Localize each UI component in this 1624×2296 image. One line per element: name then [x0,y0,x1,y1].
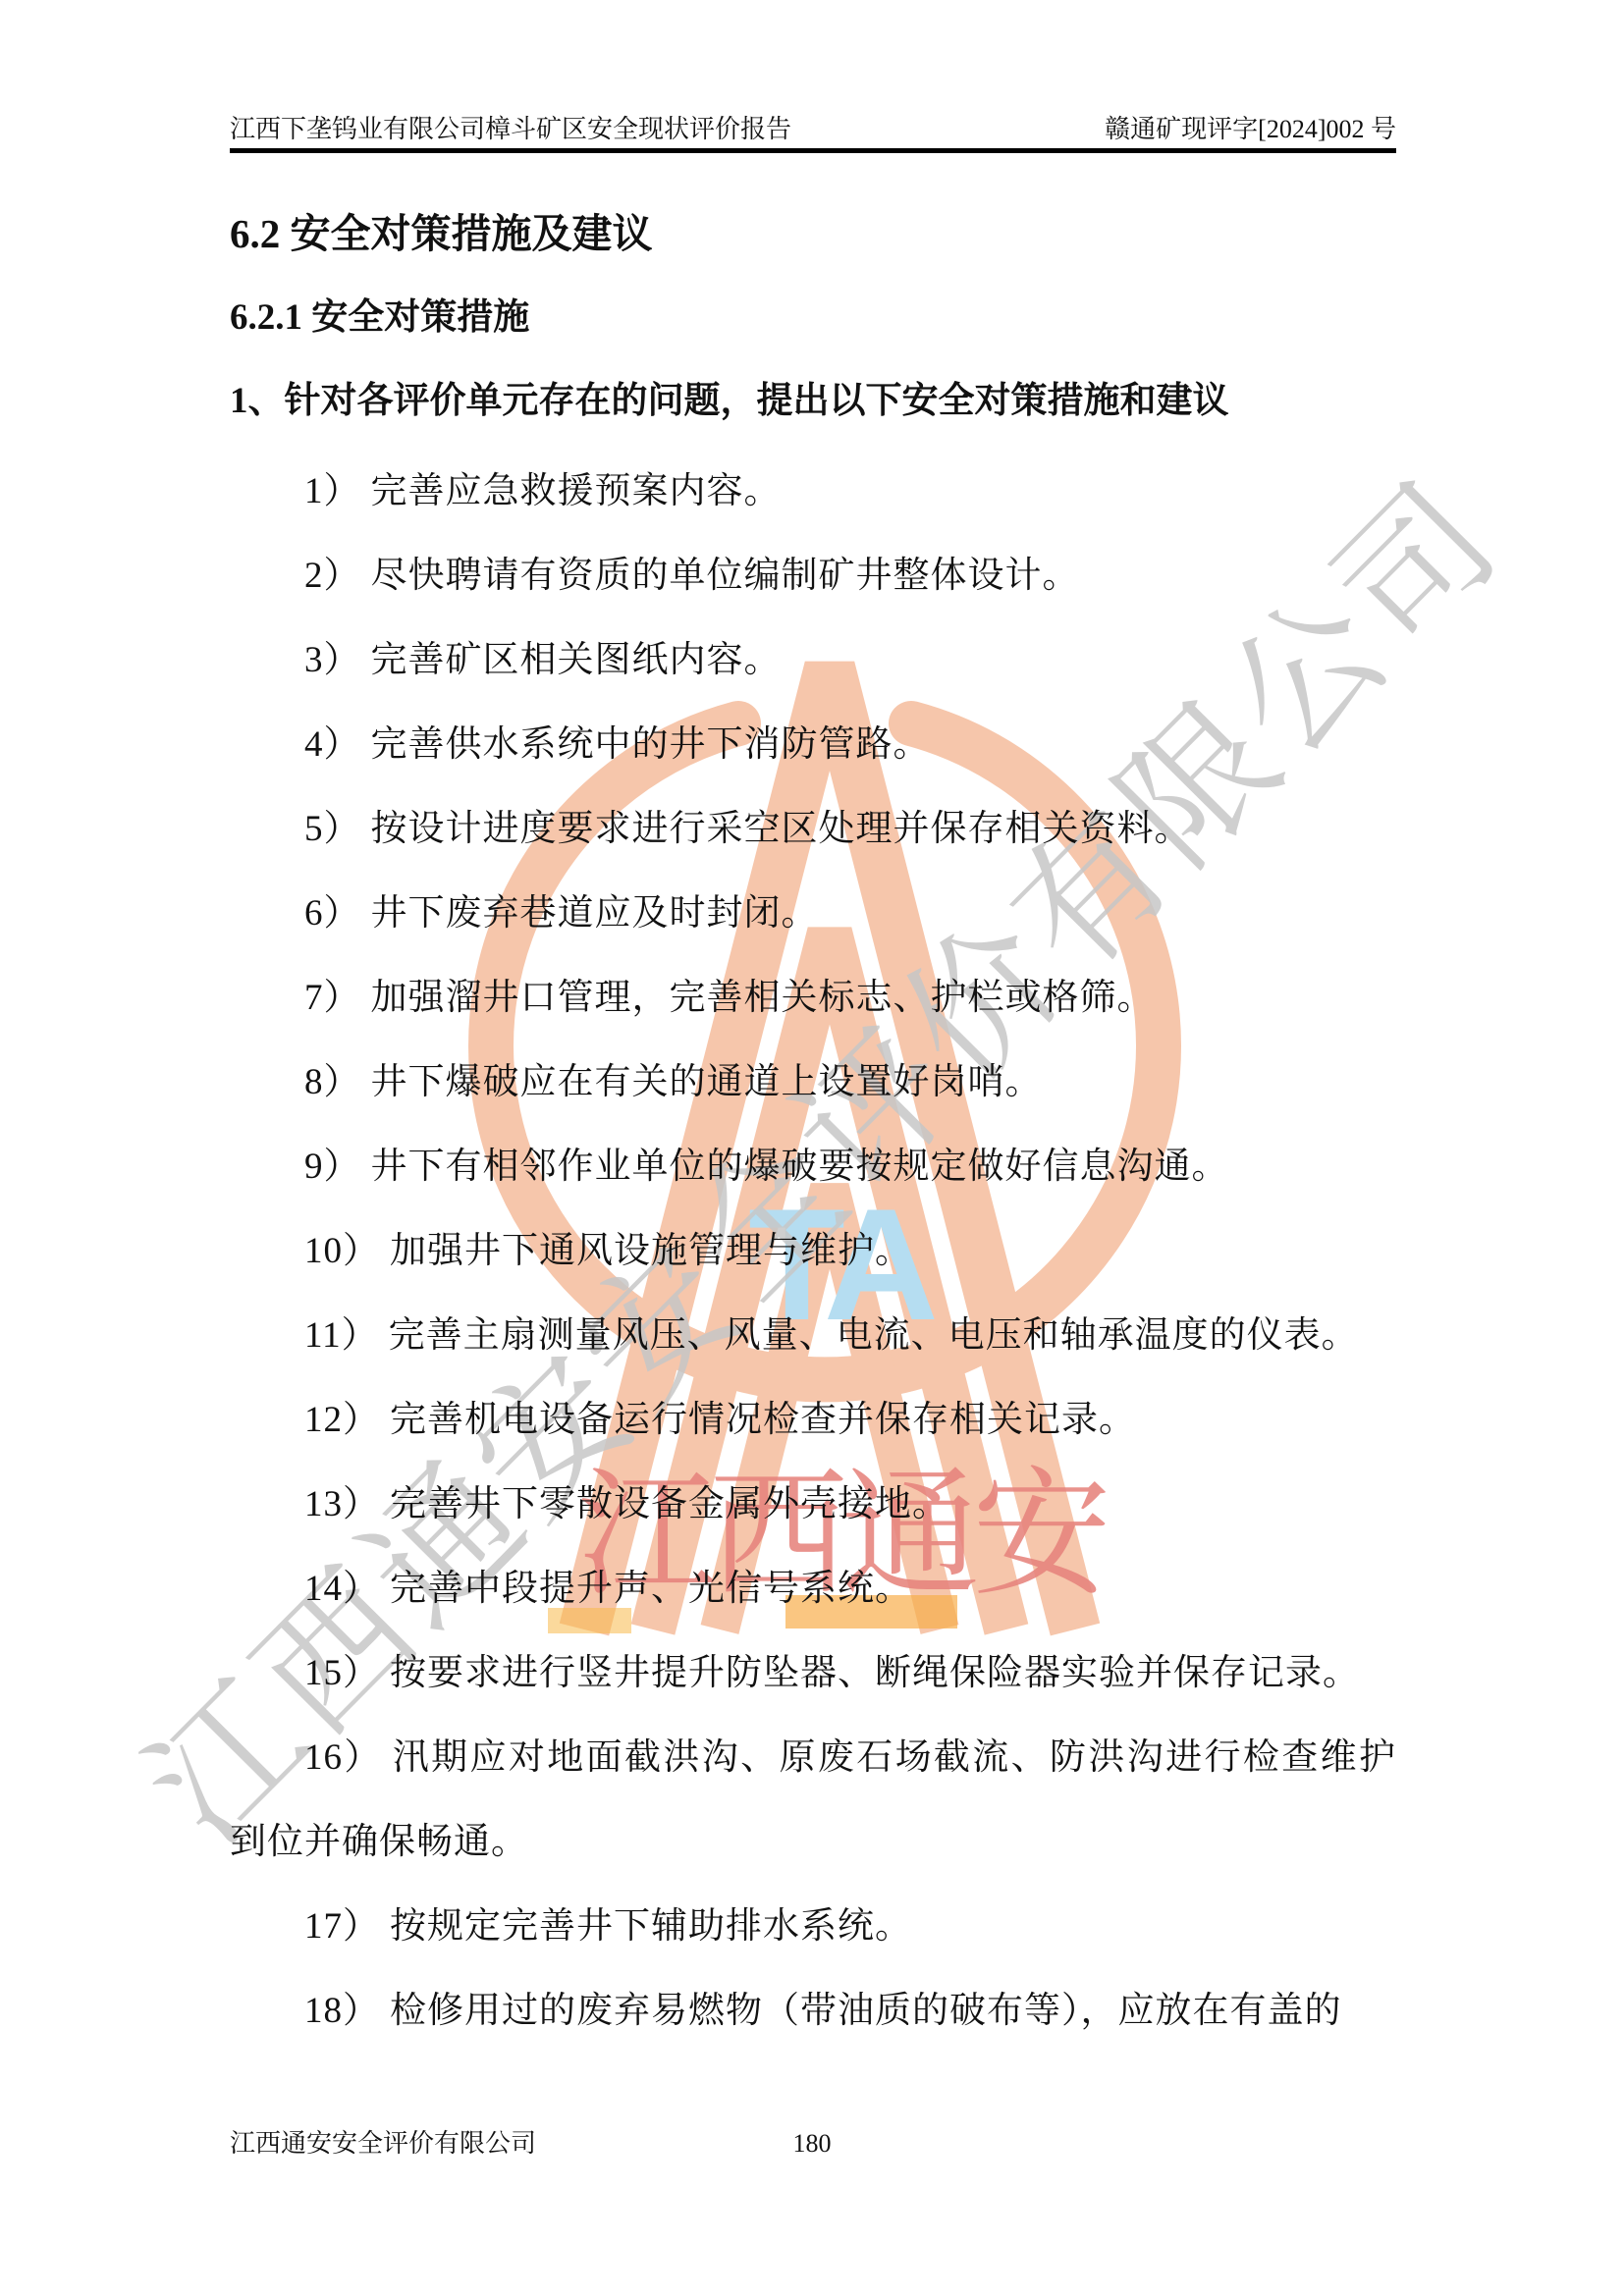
header-report-title: 江西下垄钨业有限公司樟斗矿区安全现状评价报告 [230,114,791,145]
list-item-number: 3） [304,640,361,680]
list-item-text: 井下爆破应在有关的通道上设置好岗哨。 [371,1062,1043,1102]
list-item-number: 5） [304,809,361,849]
list-item-text: 加强溜井口管理，完善相关标志、护栏或格筛。 [371,978,1155,1018]
list-item: 13）完善井下零散设备金属外壳接地。 [230,1463,1396,1547]
list-item-text: 按规定完善井下辅助排水系统。 [390,1906,912,1947]
list-item: 11）完善主扇测量风压、风量、电流、电压和轴承温度的仪表。 [230,1294,1396,1378]
list-item: 8）井下爆破应在有关的通道上设置好岗哨。 [230,1041,1396,1125]
list-item-number: 8） [304,1062,361,1102]
list-item-text: 按要求进行竖井提升防坠器、断绳保险器实验并保存记录。 [390,1653,1360,1693]
section-title: 6.2 安全对策措施及建议 [230,210,1396,257]
list-item-number: 18） [304,1991,380,2031]
measures-list: 1）完善应急救援预案内容。 2）尽快聘请有资质的单位编制矿井整体设计。 3）完善… [230,450,1396,2054]
list-item-number: 14） [304,1569,380,1609]
list-item-text: 完善矿区相关图纸内容。 [371,640,782,680]
list-item-number: 9） [304,1147,361,1187]
list-item: 3）完善矿区相关图纸内容。 [230,618,1396,703]
list-item: 15）按要求进行竖井提升防坠器、断绳保险器实验并保存记录。 [230,1631,1396,1716]
list-item-number: 2） [304,556,361,596]
list-item-number: 4） [304,724,361,765]
list-item-text: 检修用过的废弃易燃物（带油质的破布等），应放在有盖的 [390,1991,1342,2031]
list-item-text: 按设计进度要求进行采空区处理并保存相关资料。 [371,809,1192,849]
list-item-text: 井下废弃巷道应及时封闭。 [371,893,819,934]
list-item: 14）完善中段提升声、光信号系统。 [230,1547,1396,1631]
report-page: TA 江西通安 江西通安安全评价有限公司 江西下垄钨业有限公司樟斗矿区安全现状评… [0,0,1624,2296]
list-item-text: 加强井下通风设施管理与维护。 [390,1231,912,1271]
page-number: 180 [0,2126,1624,2162]
list-item-text: 尽快聘请有资质的单位编制矿井整体设计。 [371,556,1080,596]
list-item-text: 完善主扇测量风压、风量、电流、电压和轴承温度的仪表。 [389,1315,1359,1356]
list-item: 10）加强井下通风设施管理与维护。 [230,1209,1396,1294]
list-item-text: 完善机电设备运行情况检查并保存相关记录。 [390,1400,1136,1440]
header-doc-number: 赣通矿现评字[2024]002 号 [1105,114,1396,145]
page-header: 江西下垄钨业有限公司樟斗矿区安全现状评价报告 赣通矿现评字[2024]002 号 [230,114,1396,145]
list-item-number: 12） [304,1400,380,1440]
list-item-text: 井下有相邻作业单位的爆破要按规定做好信息沟通。 [371,1147,1229,1187]
list-item: 1）完善应急救援预案内容。 [230,450,1396,534]
list-item: 7）加强溜井口管理，完善相关标志、护栏或格筛。 [230,956,1396,1041]
list-item-number: 13） [304,1484,380,1524]
list-item-number: 1） [304,471,361,511]
list-item-text: 汛期应对地面截洪沟、原废石场截流、防洪沟进行检查维护到位并确保畅通。 [230,1737,1396,1862]
list-item-number: 7） [304,978,361,1018]
list-item-number: 10） [304,1231,380,1271]
list-item: 16）汛期应对地面截洪沟、原废石场截流、防洪沟进行检查维护到位并确保畅通。 [230,1716,1396,1885]
list-item-text: 完善中段提升声、光信号系统。 [390,1569,912,1609]
list-item: 5）按设计进度要求进行采空区处理并保存相关资料。 [230,787,1396,872]
list-item: 2）尽快聘请有资质的单位编制矿井整体设计。 [230,534,1396,618]
header-rule [230,148,1396,153]
list-item-number: 15） [304,1653,380,1693]
list-item-number: 17） [304,1906,380,1947]
document-content: 江西下垄钨业有限公司樟斗矿区安全现状评价报告 赣通矿现评字[2024]002 号… [0,0,1624,2296]
list-item-number: 11） [304,1315,379,1356]
subsection-title: 6.2.1 安全对策措施 [230,296,1396,340]
list-item-text: 完善井下零散设备金属外壳接地。 [390,1484,949,1524]
list-item-number: 16） [304,1737,383,1778]
list-item: 18）检修用过的废弃易燃物（带油质的破布等），应放在有盖的 [230,1969,1396,2054]
list-item: 12）完善机电设备运行情况检查并保存相关记录。 [230,1378,1396,1463]
list-item-text: 完善供水系统中的井下消防管路。 [371,724,931,765]
list-item-text: 完善应急救援预案内容。 [371,471,782,511]
clause-title: 1、针对各评价单元存在的问题，提出以下安全对策措施和建议 [230,380,1396,423]
list-item: 6）井下废弃巷道应及时封闭。 [230,872,1396,956]
list-item: 17）按规定完善井下辅助排水系统。 [230,1885,1396,1969]
list-item: 4）完善供水系统中的井下消防管路。 [230,703,1396,787]
list-item-number: 6） [304,893,361,934]
list-item: 9）井下有相邻作业单位的爆破要按规定做好信息沟通。 [230,1125,1396,1209]
